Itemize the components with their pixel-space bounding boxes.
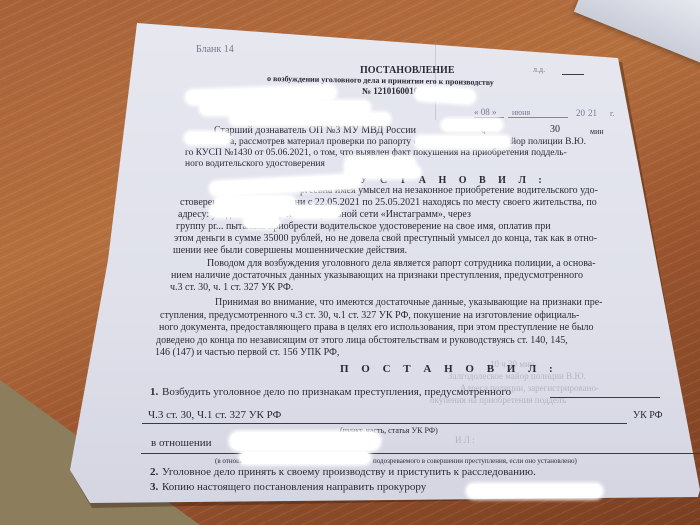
article-suffix: УК РФ	[633, 410, 663, 422]
redaction-mark	[230, 113, 390, 125]
established-line-6: шении нее были совершены мошеннические д…	[173, 245, 407, 257]
established-line-5: этом деньги в сумме 35000 рублей, но не …	[174, 233, 597, 245]
redaction-mark	[467, 484, 602, 498]
date-year-suffix: 21	[588, 107, 597, 119]
item-1-line	[550, 397, 660, 398]
regarding-line	[141, 453, 700, 454]
redaction-mark	[442, 119, 502, 131]
considering-line-5: 146 (147) и частью первой ст. 156 УПК РФ…	[155, 347, 339, 359]
sheet-label: л.д.	[533, 64, 545, 76]
redaction-mark	[290, 206, 340, 218]
date-month-line	[508, 117, 568, 118]
established-line-4: группу рr... пыталась приобрести водител…	[176, 221, 551, 233]
considering-line-1: Принимая во внимание, что имеются достат…	[215, 297, 602, 309]
bleed-through-line-5: И Л :	[455, 434, 475, 446]
article-value: Ч.3 ст. 30, Ч.1 ст. 327 УК РФ	[148, 409, 281, 421]
case-number: № 12101600105	[362, 85, 423, 97]
sheet-number-line	[562, 74, 584, 75]
intro-minutes-unit: мин	[590, 126, 604, 138]
item-1-number: 1.	[150, 386, 158, 398]
considering-line-2: ступления, предусмотренного ч.3 ст. 30, …	[160, 310, 579, 322]
redaction-mark	[240, 452, 370, 464]
date-year-unit: г.	[610, 108, 614, 120]
redaction-mark	[415, 136, 510, 148]
item-2-number: 2.	[150, 466, 158, 478]
form-label: Бланк 14	[196, 44, 234, 56]
considering-line-4: доведено до конца по независящим от этог…	[156, 335, 568, 347]
reason-line-2: нием наличие достаточных данных указываю…	[171, 270, 583, 282]
date-day-line	[474, 117, 504, 118]
resolved-heading: П О С Т А Н О В И Л :	[340, 363, 558, 375]
article-line	[142, 423, 627, 424]
intro-minutes: 30	[550, 124, 560, 136]
redaction-mark	[185, 132, 230, 144]
item-3-number: 3.	[150, 481, 158, 493]
intro-line-4: ного водительского удостоверения	[185, 158, 325, 170]
item-2-text: Уголовное дело принять к своему производ…	[162, 466, 536, 478]
item-1-text: Возбудить уголовное дело по признакам пр…	[162, 386, 511, 398]
reason-line-1: Поводом для возбуждения уголовного дела …	[207, 258, 596, 270]
item-3-text: Копию настоящего постановления направить…	[162, 481, 426, 493]
redaction-mark	[230, 432, 380, 450]
regarding-label: в отношении	[151, 437, 212, 449]
date-year-prefix: 20	[576, 107, 585, 119]
reason-line-3: ч.3 ст. 30, ч. 1 ст. 327 УК РФ.	[170, 282, 293, 294]
considering-line-3: ного документа, предоставляющего права в…	[159, 322, 594, 334]
redaction-mark	[244, 216, 279, 228]
